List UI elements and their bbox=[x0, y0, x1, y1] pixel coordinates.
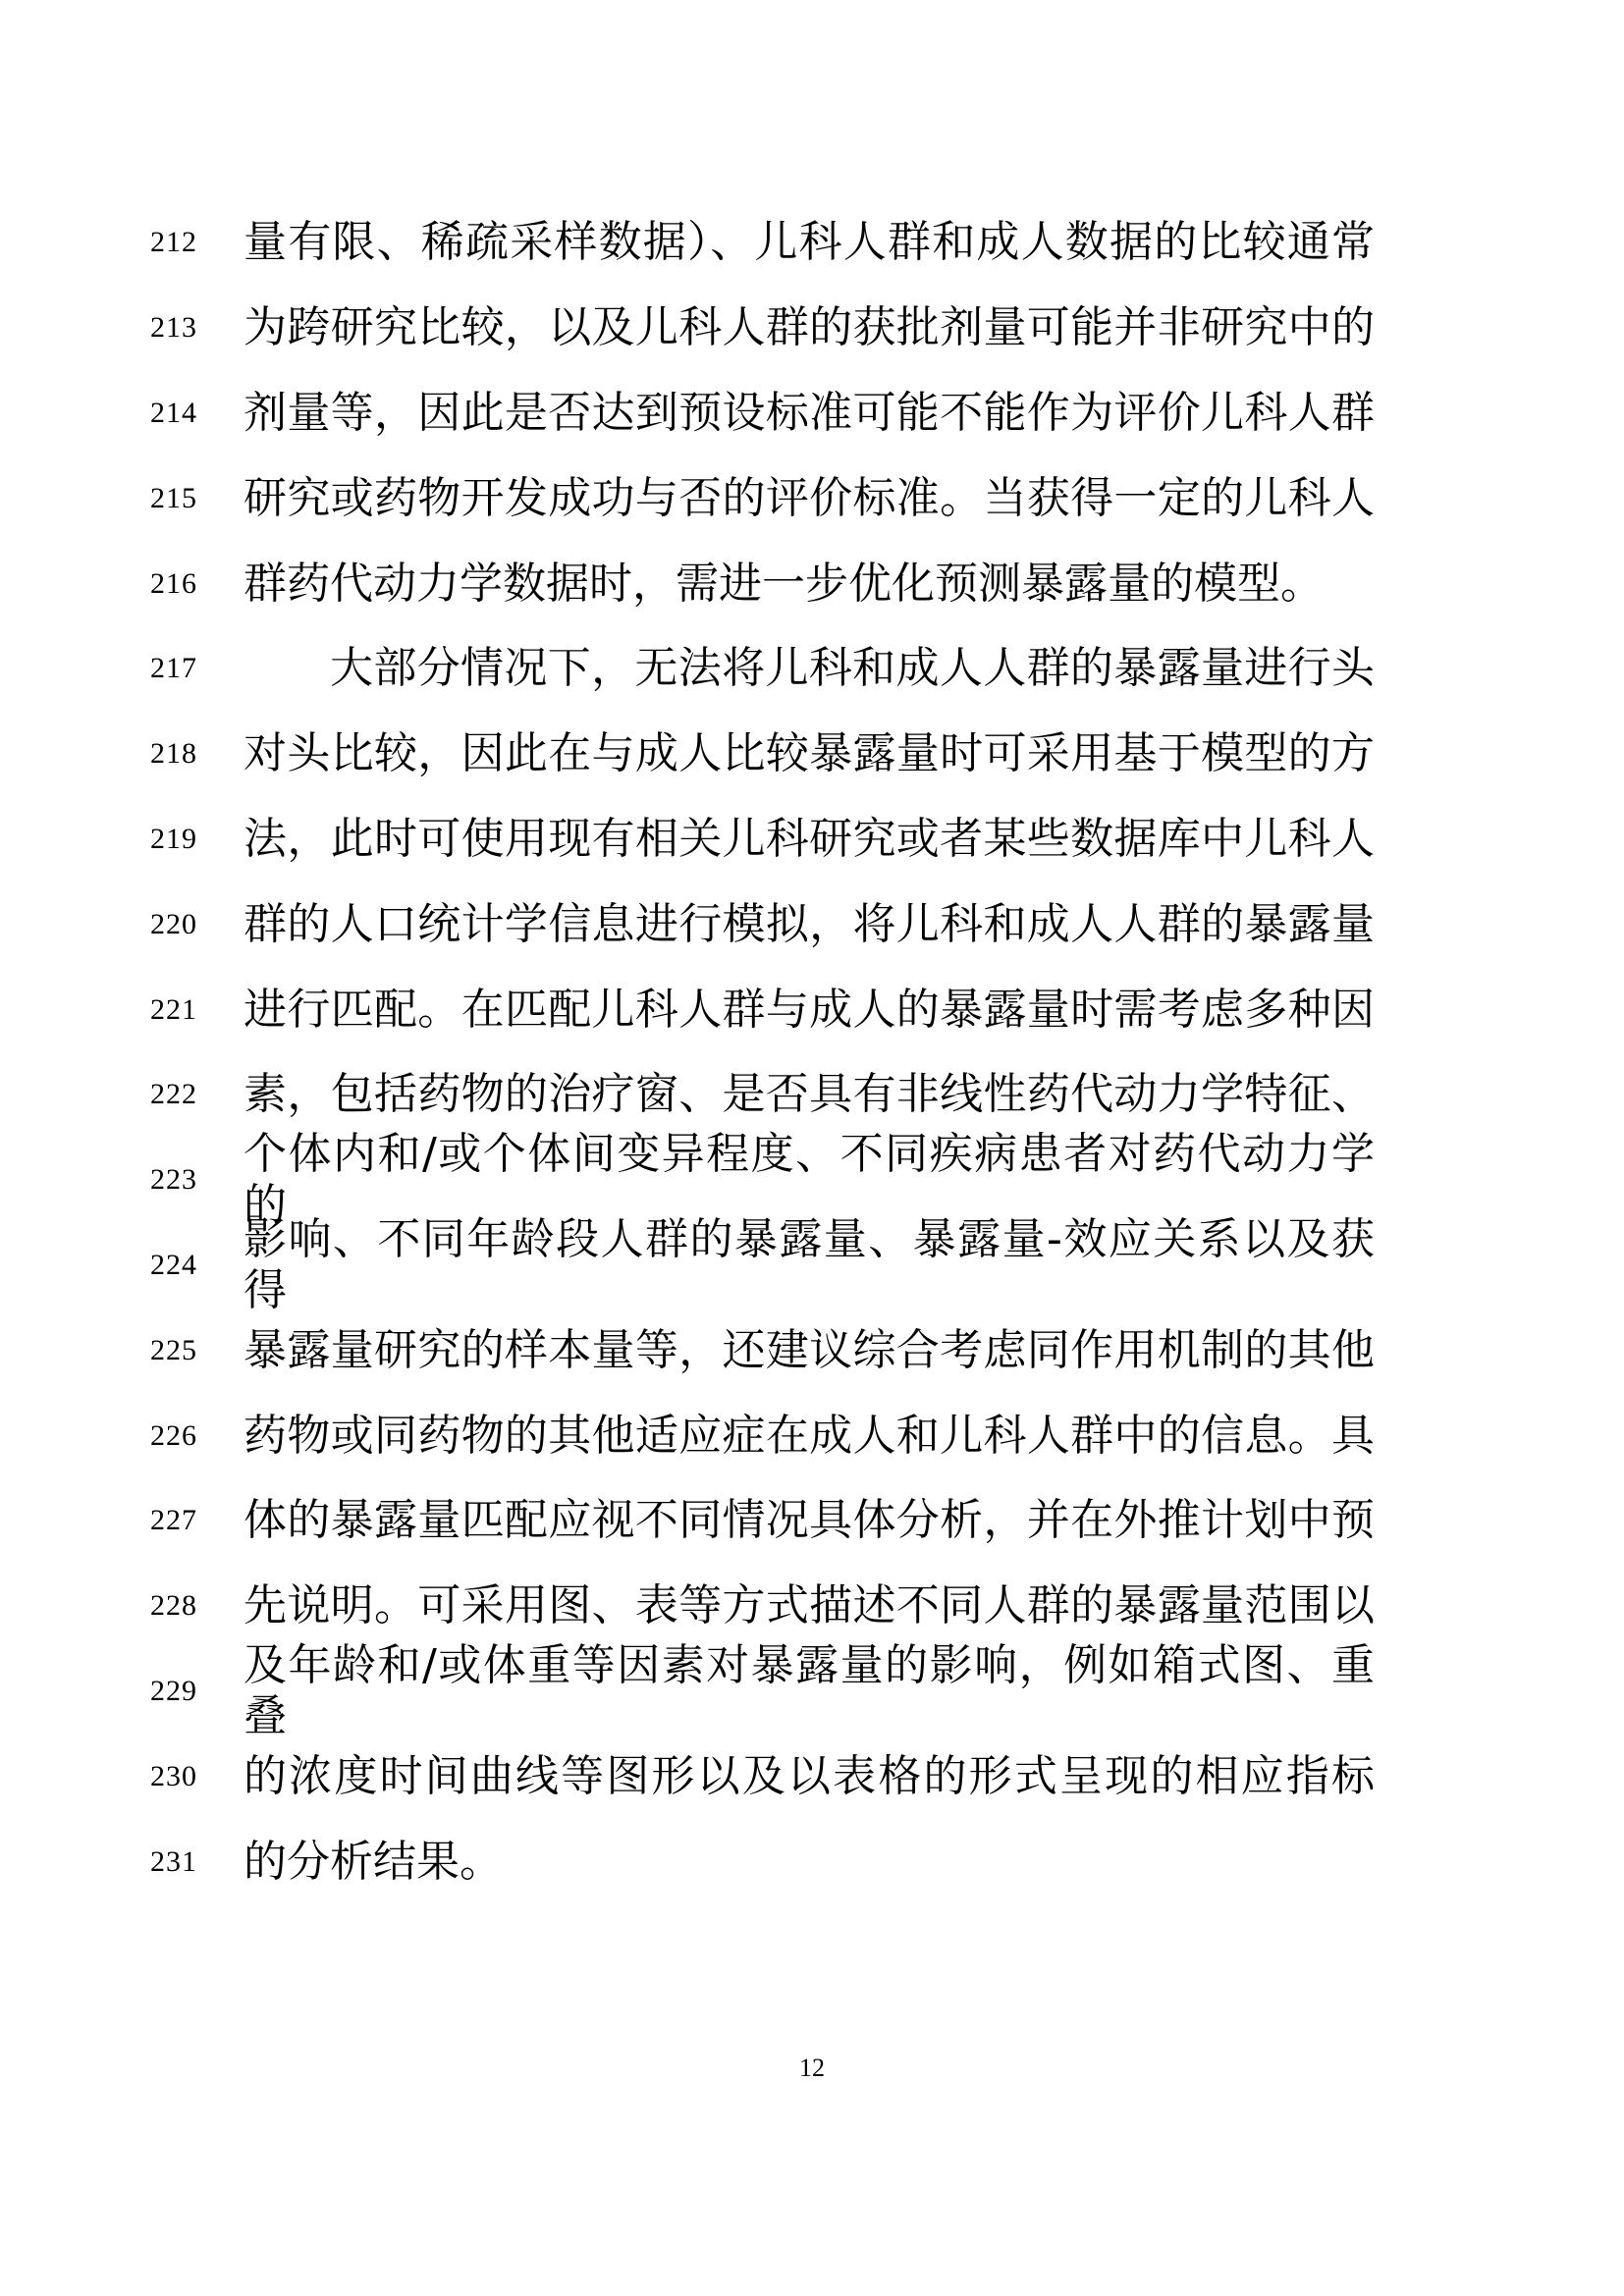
line-number: 217 bbox=[150, 654, 197, 683]
line-text: 素，包括药物的治疗窗、是否具有非线性药代动力学特征、 bbox=[244, 1069, 1375, 1120]
text-line: 216 群药代动力学数据时，需进一步优化预测暴露量的模型。 bbox=[0, 541, 1624, 626]
line-text: 群的人口统计学信息进行模拟，将儿科和成人人群的暴露量 bbox=[244, 899, 1375, 950]
line-number: 213 bbox=[150, 313, 197, 343]
line-text: 暴露量研究的样本量等，还建议综合考虑同作用机制的其他 bbox=[244, 1325, 1375, 1376]
text-line: 224 影响、不同年龄段人群的暴露量、暴露量-效应关系以及获得 bbox=[0, 1223, 1624, 1308]
line-text: 大部分情况下，无法将儿科和成人人群的暴露量进行头 bbox=[244, 643, 1375, 694]
text-line: 225 暴露量研究的样本量等，还建议综合考虑同作用机制的其他 bbox=[0, 1308, 1624, 1393]
text-line: 218 对头比较，因此在与成人比较暴露量时可采用基于模型的方 bbox=[0, 712, 1624, 797]
line-text: 法，此时可使用现有相关儿科研究或者某些数据库中儿科人 bbox=[244, 814, 1375, 865]
text-line: 221 进行匹配。在匹配儿科人群与成人的暴露量时需考虑多种因 bbox=[0, 967, 1624, 1052]
line-text: 药物或同药物的其他适应症在成人和儿科人群中的信息。具 bbox=[244, 1411, 1375, 1462]
line-number: 231 bbox=[150, 1847, 197, 1877]
text-line: 231 的分析结果。 bbox=[0, 1819, 1624, 1904]
line-text: 剂量等，因此是否达到预设标准可能不能作为评价儿科人群 bbox=[244, 388, 1375, 439]
line-number: 212 bbox=[150, 228, 197, 257]
line-text: 群药代动力学数据时，需进一步优化预测暴露量的模型。 bbox=[244, 559, 1375, 610]
text-line: 230 的浓度时间曲线等图形以及以表格的形式呈现的相应指标 bbox=[0, 1734, 1624, 1819]
line-text: 影响、不同年龄段人群的暴露量、暴露量-效应关系以及获得 bbox=[244, 1214, 1375, 1316]
text-line: 223 个体内和/或个体间变异程度、不同疾病患者对药代动力学的 bbox=[0, 1138, 1624, 1223]
line-text: 研究或药物开发成功与否的评价标准。当获得一定的儿科人 bbox=[244, 473, 1375, 524]
text-line: 228 先说明。可采用图、表等方式描述不同人群的暴露量范围以 bbox=[0, 1564, 1624, 1649]
line-numbered-text-block: 212 量有限、稀疏采样数据）、儿科人群和成人数据的比较通常 213 为跨研究比… bbox=[0, 200, 1624, 1904]
page-number: 12 bbox=[0, 2056, 1624, 2081]
line-text: 的分析结果。 bbox=[244, 1837, 1375, 1888]
text-line: 227 体的暴露量匹配应视不同情况具体分析，并在外推计划中预 bbox=[0, 1478, 1624, 1564]
line-number: 220 bbox=[150, 910, 197, 939]
line-number: 223 bbox=[150, 1165, 197, 1195]
line-number: 222 bbox=[150, 1080, 197, 1109]
line-text: 为跨研究比较，以及儿科人群的获批剂量可能并非研究中的 bbox=[244, 302, 1375, 353]
line-text: 进行匹配。在匹配儿科人群与成人的暴露量时需考虑多种因 bbox=[244, 985, 1375, 1036]
text-line: 213 为跨研究比较，以及儿科人群的获批剂量可能并非研究中的 bbox=[0, 286, 1624, 371]
text-line: 226 药物或同药物的其他适应症在成人和儿科人群中的信息。具 bbox=[0, 1393, 1624, 1478]
line-text: 体的暴露量匹配应视不同情况具体分析，并在外推计划中预 bbox=[244, 1495, 1375, 1546]
line-number: 221 bbox=[150, 995, 197, 1025]
text-line: 219 法，此时可使用现有相关儿科研究或者某些数据库中儿科人 bbox=[0, 797, 1624, 882]
document-page: 212 量有限、稀疏采样数据）、儿科人群和成人数据的比较通常 213 为跨研究比… bbox=[0, 0, 1624, 2296]
line-number: 229 bbox=[150, 1677, 197, 1706]
line-number: 227 bbox=[150, 1506, 197, 1535]
text-line: 220 群的人口统计学信息进行模拟，将儿科和成人人群的暴露量 bbox=[0, 881, 1624, 967]
line-number: 230 bbox=[150, 1762, 197, 1791]
text-line: 212 量有限、稀疏采样数据）、儿科人群和成人数据的比较通常 bbox=[0, 200, 1624, 286]
text-line: 229 及年龄和/或体重等因素对暴露量的影响，例如箱式图、重叠 bbox=[0, 1649, 1624, 1735]
text-line: 214 剂量等，因此是否达到预设标准可能不能作为评价儿科人群 bbox=[0, 371, 1624, 456]
line-number: 225 bbox=[150, 1336, 197, 1365]
line-number: 224 bbox=[150, 1251, 197, 1280]
text-line: 215 研究或药物开发成功与否的评价标准。当获得一定的儿科人 bbox=[0, 455, 1624, 541]
line-text: 先说明。可采用图、表等方式描述不同人群的暴露量范围以 bbox=[244, 1580, 1375, 1631]
line-text: 及年龄和/或体重等因素对暴露量的影响，例如箱式图、重叠 bbox=[244, 1640, 1375, 1742]
line-text: 的浓度时间曲线等图形以及以表格的形式呈现的相应指标 bbox=[244, 1751, 1375, 1802]
line-number: 216 bbox=[150, 569, 197, 599]
line-text: 对头比较，因此在与成人比较暴露量时可采用基于模型的方 bbox=[244, 728, 1375, 779]
line-number: 214 bbox=[150, 399, 197, 428]
line-text: 量有限、稀疏采样数据）、儿科人群和成人数据的比较通常 bbox=[244, 217, 1375, 268]
line-number: 215 bbox=[150, 484, 197, 513]
line-number: 228 bbox=[150, 1591, 197, 1621]
line-number: 226 bbox=[150, 1421, 197, 1451]
line-number: 218 bbox=[150, 739, 197, 769]
text-line: 217 大部分情况下，无法将儿科和成人人群的暴露量进行头 bbox=[0, 626, 1624, 712]
line-number: 219 bbox=[150, 825, 197, 854]
text-line: 222 素，包括药物的治疗窗、是否具有非线性药代动力学特征、 bbox=[0, 1052, 1624, 1138]
